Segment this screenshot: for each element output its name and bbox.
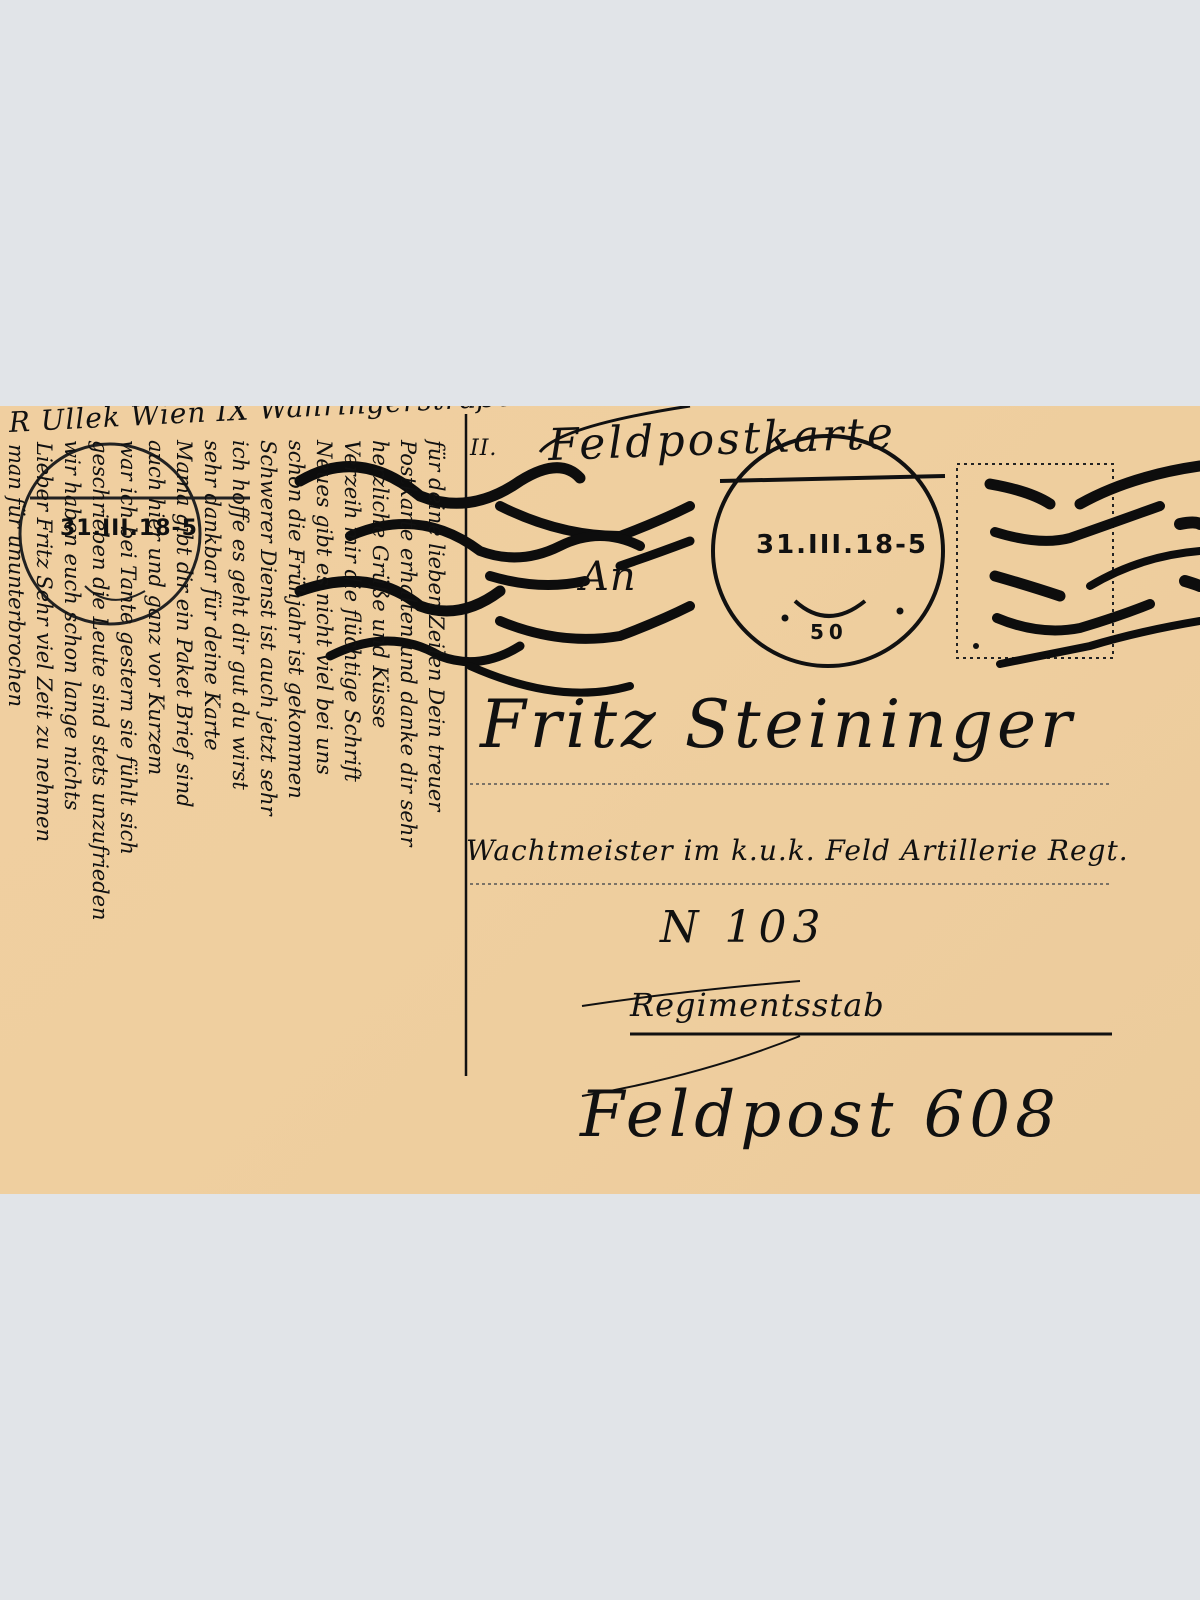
field-post-number: Feldpost 608	[580, 1078, 1061, 1152]
message-column: Schwerer Dienst ist auch jetzt sehr	[256, 440, 280, 816]
postcard: R Ullek Wien IX Währingerstraße 12 man f…	[0, 406, 1200, 1194]
card-type-mark: II.	[470, 436, 497, 461]
message-column: auch hier und ganz vor Kurzem	[144, 440, 168, 775]
message-column: war ich bei Tante gestern sie fühlt sich	[116, 440, 140, 855]
postmark-office-number: 50	[810, 620, 848, 644]
unit-section: Regimentsstab	[630, 986, 885, 1024]
message-column: für deine lieben Zeilen Dein treuer	[424, 440, 448, 811]
message-column: Lieber Fritz Sehr viel Zeit zu nehmen	[32, 442, 56, 842]
message-column: man für ununterbrochen	[4, 444, 28, 707]
message-column: Postkarte erhalten und danke dir sehr	[396, 440, 420, 846]
message-column: ich hoffe es geht dir gut du wirst	[228, 440, 252, 790]
recipient-name: Fritz Steininger	[480, 686, 1076, 763]
message-column: sehr dankbar für deine Karte	[200, 440, 224, 751]
regiment-number: N 103	[660, 902, 826, 953]
message-column: herzliche Grüße und Küsse	[368, 440, 392, 728]
message-column: geschrieben die Leute sind stets unzufri…	[88, 440, 112, 921]
small-postmark-date: 31.III.18-5	[60, 516, 198, 541]
message-column: Verzeih mir die flüchtige Schrift	[340, 440, 364, 782]
message-column: wir haben euch schon lange nichts	[60, 440, 84, 810]
message-column: Mama gibt dir ein Paket Brief sind	[172, 440, 196, 808]
salutation: An	[580, 554, 637, 600]
recipient-unit: Wachtmeister im k.u.k. Feld Artillerie R…	[466, 834, 1129, 867]
message-column: Neues gibt es nicht viel bei uns	[312, 440, 336, 775]
message-column: schon die Frühjahr ist gekommen	[284, 440, 308, 799]
postmark-date: 31.III.18-5	[756, 530, 928, 560]
